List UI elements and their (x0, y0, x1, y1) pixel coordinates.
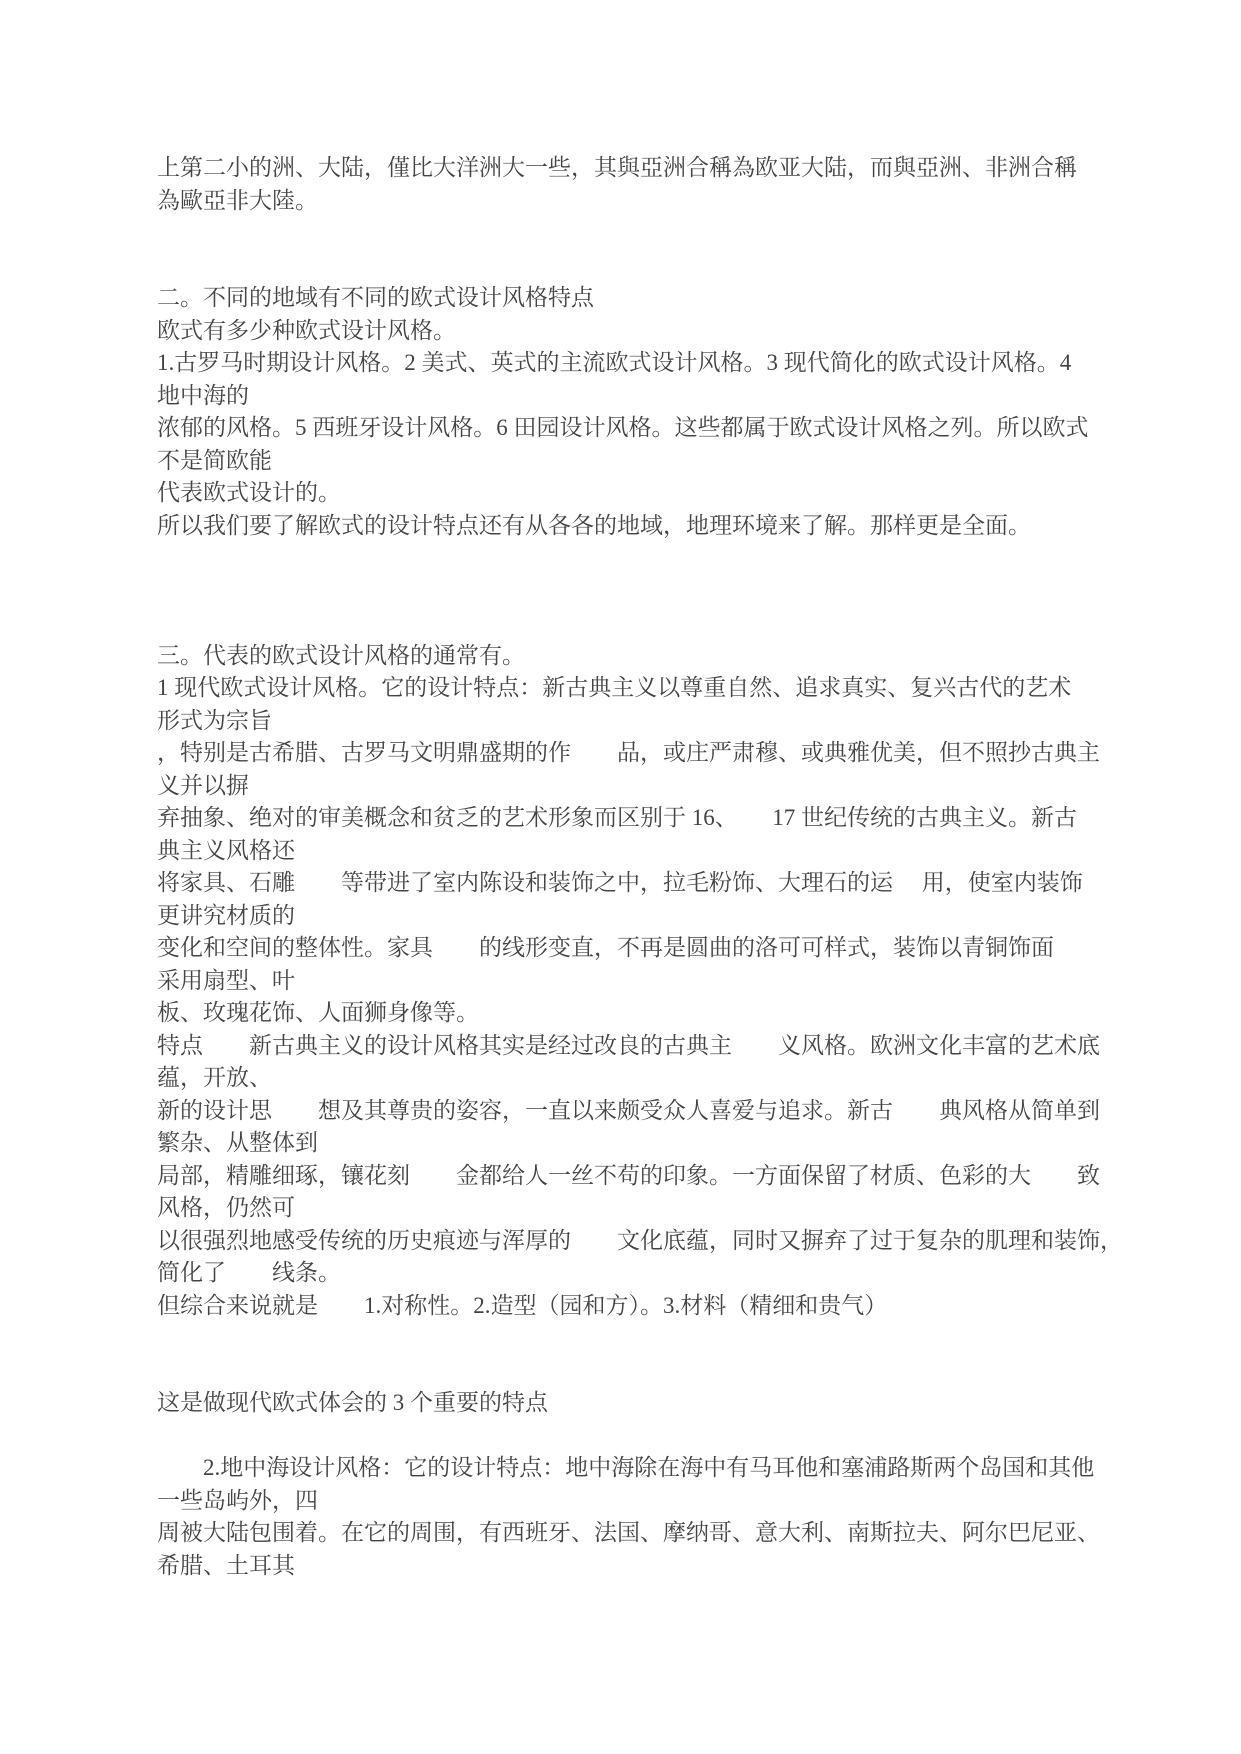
paragraph-mediterranean-style: 2.地中海设计风格：它的设计特点：地中海除在海中有马耳他和塞浦路斯两个岛国和其他… (157, 1452, 1241, 1582)
paragraph-section-three-styles: 三。代表的欧式设计风格的通常有。 1 现代欧式设计风格。它的设计特点：新古典主义… (157, 640, 1241, 1323)
paragraph-three-key-points: 这是做现代欧式体会的 3 个重要的特点 (157, 1387, 1241, 1420)
paragraph-section-two-regions: 二。不同的地域有不同的欧式设计风格特点 欧式有多少种欧式设计风格。 1.古罗马时… (157, 282, 1241, 542)
paragraph-continent-intro: 上第二小的洲、大陆，僅比大洋洲大一些，其與亞洲合稱為欧亚大陆，而與亞洲、非洲合稱… (157, 152, 1241, 217)
document-page: 上第二小的洲、大陆，僅比大洋洲大一些，其與亞洲合稱為欧亚大陆，而與亞洲、非洲合稱… (0, 0, 1241, 1754)
